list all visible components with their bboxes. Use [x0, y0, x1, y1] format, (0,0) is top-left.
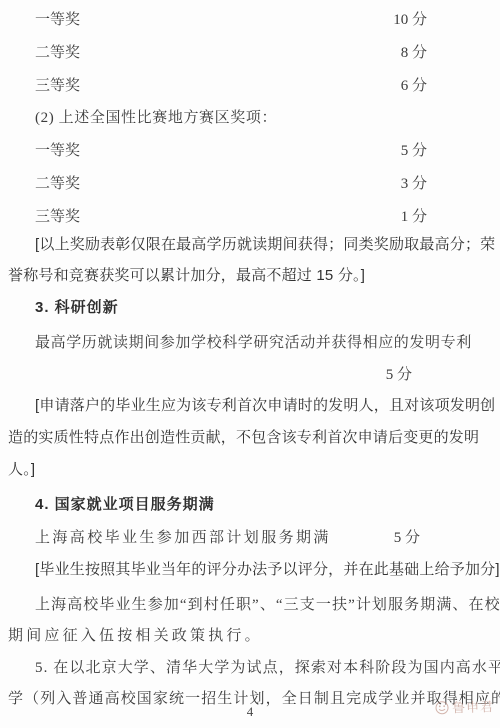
award-row: 二等奖 3 分	[8, 174, 492, 194]
award-row: 一等奖 10 分	[8, 10, 492, 30]
award-label: 一等奖	[8, 141, 80, 161]
section-heading-3: 3. 科研创新	[8, 298, 492, 318]
section3-score: 5 分	[8, 365, 492, 385]
award-row: 一等奖 5 分	[8, 141, 492, 161]
section4-body-line: 期间应征入伍按相关政策执行。	[8, 626, 492, 646]
regional-awards-intro: (2) 上述全国性比赛地方赛区奖项：	[8, 108, 492, 128]
award-row: 三等奖 6 分	[8, 76, 492, 96]
award-label: 二等奖	[8, 174, 80, 194]
awards-note-line: [以上奖励表彰仅限在最高学历就读期间获得；同类奖励取最高分；荣	[8, 235, 492, 255]
watermark-text: 鲁申君	[452, 696, 495, 716]
section4-score-row: 上海高校毕业生参加西部计划服务期满 5 分	[8, 528, 492, 548]
award-label: 一等奖	[8, 10, 80, 30]
watermark: 鲁申君	[435, 696, 495, 717]
section4-row-score: 5 分	[394, 528, 492, 548]
award-score: 3 分	[401, 174, 492, 194]
section3-note-line: 造的实质性特点作出创造性贡献，不包含该专利首次申请后变更的发明	[8, 428, 492, 448]
award-row: 二等奖 8 分	[8, 43, 492, 63]
award-score: 6 分	[401, 76, 492, 96]
award-score: 5 分	[401, 141, 492, 161]
section-heading-4: 4. 国家就业项目服务期满	[8, 495, 492, 515]
section4-body-line: 上海高校毕业生参加“到村任职”、“三支一扶”计划服务期满、在校	[8, 595, 492, 615]
section4-row-label: 上海高校毕业生参加西部计划服务期满	[8, 528, 331, 548]
section3-body: 最高学历就读期间参加学校科学研究活动并获得相应的发明专利	[8, 333, 492, 353]
award-score: 10 分	[393, 10, 492, 30]
section3-note-line: [申请落户的毕业生应为该专利首次申请时的发明人，且对该项发明创	[8, 396, 492, 416]
award-label: 二等奖	[8, 43, 80, 63]
section5-body-line: 5. 在以北京大学、清华大学为试点，探索对本科阶段为国内高水平大	[8, 658, 492, 678]
award-label: 三等奖	[8, 76, 80, 96]
smiley-face-icon	[435, 700, 449, 714]
document-page: 一等奖 10 分 二等奖 8 分 三等奖 6 分 (2) 上述全国性比赛地方赛区…	[0, 0, 500, 728]
award-row: 三等奖 1 分	[8, 207, 492, 227]
award-score: 1 分	[401, 207, 492, 227]
award-score: 8 分	[401, 43, 492, 63]
page-number: 4	[0, 704, 500, 720]
award-label: 三等奖	[8, 207, 80, 227]
section3-note-line: 人。]	[8, 460, 492, 480]
section4-note: [毕业生按照其毕业当年的评分办法予以评分，并在此基础上给予加分]	[8, 560, 492, 580]
awards-note-line: 誉称号和竞赛获奖可以累计加分，最高不超过 15 分。]	[8, 266, 492, 286]
